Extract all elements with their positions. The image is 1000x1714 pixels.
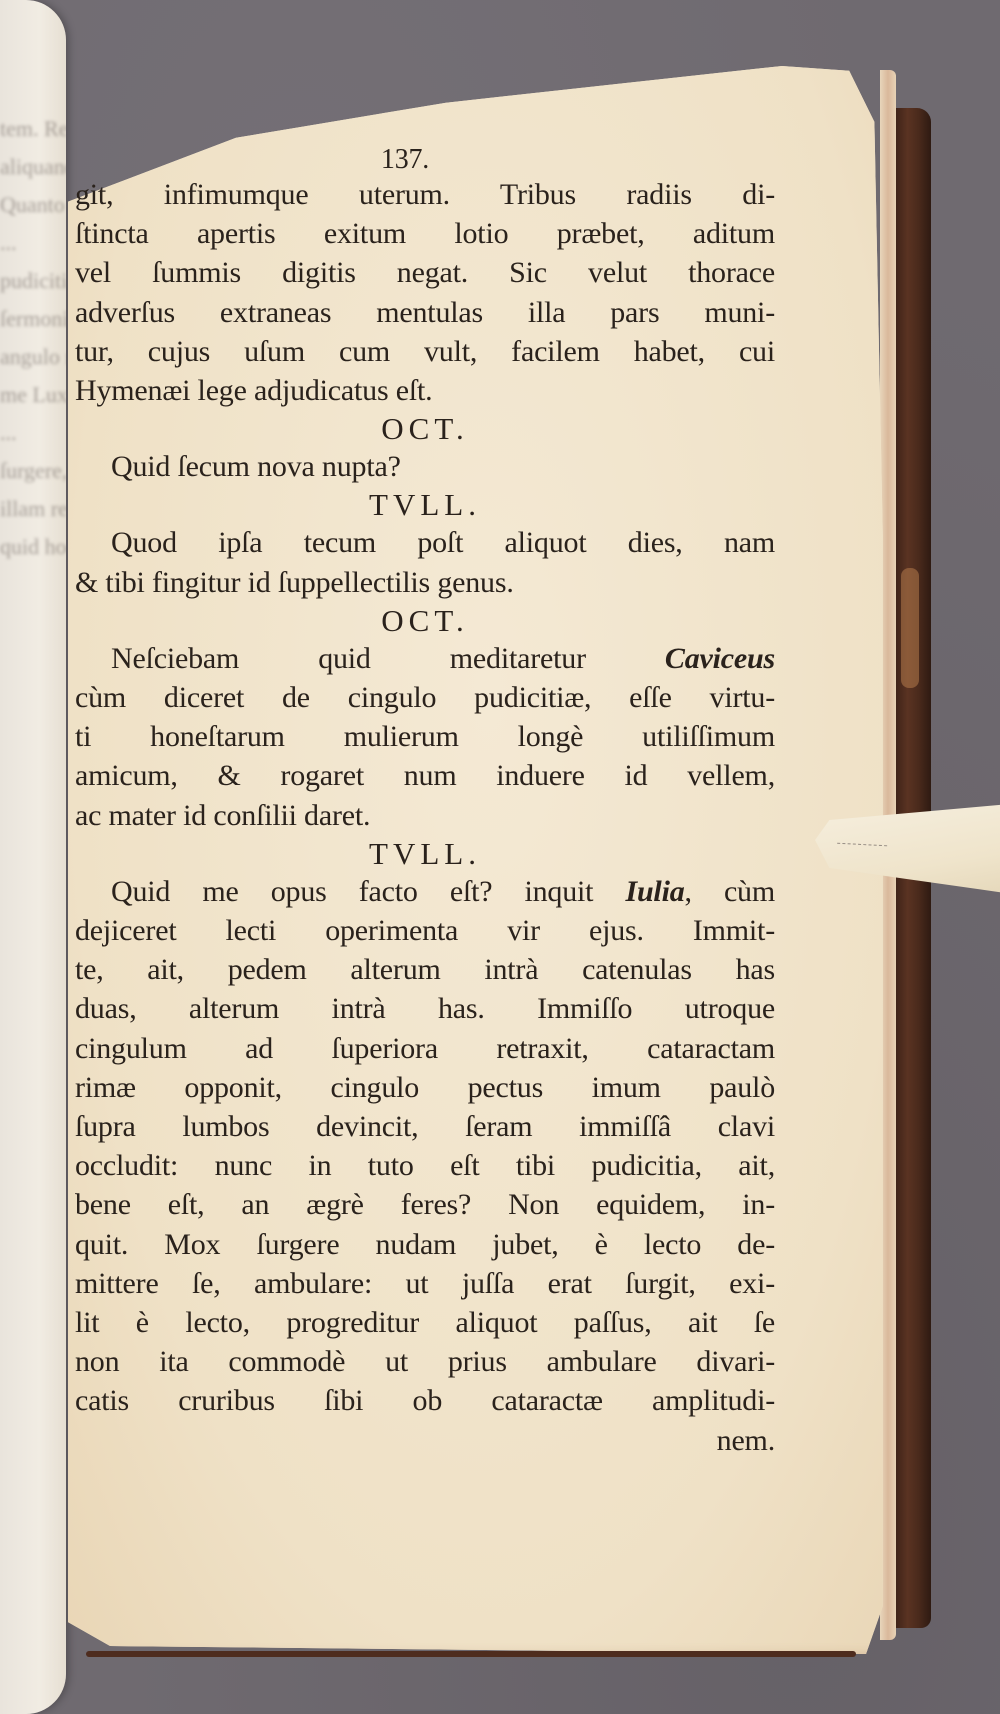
text-line: non ita commodè ut prius ambulare divari… bbox=[75, 1342, 775, 1381]
text-line: Quid ſecum nova nupta? bbox=[75, 447, 775, 486]
text-line: occludit: nunc in tuto eſt tibi pudiciti… bbox=[75, 1146, 775, 1185]
speaker-heading-oct: OCT. bbox=[75, 602, 775, 639]
catchword: nem. bbox=[75, 1421, 775, 1460]
text-line: Hymenæi lege adjudicatus eſt. bbox=[75, 371, 775, 410]
text-line: ti honeſtarum mulierum longè utiliſſimum bbox=[75, 717, 775, 756]
page-bottom-edge bbox=[86, 1651, 856, 1657]
text-line: Quod ipſa tecum poſt aliquot dies, nam bbox=[75, 523, 775, 562]
italic-name: Iulia bbox=[625, 875, 684, 908]
page-text: 137. git, infimumque uterum. Tribus radi… bbox=[75, 145, 775, 1460]
text-line: vel ſummis digitis negat. Sic velut thor… bbox=[75, 253, 775, 292]
speaker-heading-oct: OCT. bbox=[75, 410, 775, 447]
italic-name: Caviceus bbox=[665, 642, 775, 675]
speaker-heading-tull: TVLL. bbox=[75, 486, 775, 523]
text-line: dejiceret lecti operimenta vir ejus. Imm… bbox=[75, 911, 775, 950]
text-line: ſtincta apertis exitum lotio præbet, adi… bbox=[75, 214, 775, 253]
text-line: bene eſt, an ægrè feres? Non equidem, in… bbox=[75, 1185, 775, 1224]
text-line: Neſciebam quid meditaretur Caviceus bbox=[75, 639, 775, 678]
text-line: rimæ opponit, cingulo pectus imum paulò bbox=[75, 1068, 775, 1107]
text-line: lit è lecto, progreditur aliquot paſſus,… bbox=[75, 1303, 775, 1342]
text-line: quit. Mox ſurgere nudam jubet, è lecto d… bbox=[75, 1225, 775, 1264]
text-line: duas, alterum intrà has. Immiſſo utroque bbox=[75, 989, 775, 1028]
page-number: 137. bbox=[35, 145, 775, 175]
text-line: ac mater id conſilii daret. bbox=[75, 796, 775, 835]
text-line: tur, cujus uſum cum vult, facilem habet,… bbox=[75, 332, 775, 371]
speaker-heading-tull: TVLL. bbox=[75, 835, 775, 872]
text-line: ſupra lumbos devincit, ſeram immiſſâ cla… bbox=[75, 1107, 775, 1146]
pencil-mark bbox=[837, 843, 887, 853]
facing-page-text: tem. Rem aliquandiu, Quanto vitu ... pud… bbox=[0, 110, 66, 566]
facing-page-edge: tem. Rem aliquandiu, Quanto vitu ... pud… bbox=[0, 0, 66, 1714]
text-line: te, ait, pedem alterum intrà catenulas h… bbox=[75, 950, 775, 989]
text-line: catis cruribus ſibi ob cataractæ amplitu… bbox=[75, 1381, 775, 1420]
text-line: amicum, & rogaret num induere id vellem, bbox=[75, 756, 775, 795]
text-line: adverſus extraneas mentulas illa pars mu… bbox=[75, 293, 775, 332]
text-line: git, infimumque uterum. Tribus radiis di… bbox=[75, 175, 775, 214]
text-line: Quid me opus facto eſt? inquit Iulia, cù… bbox=[75, 872, 775, 911]
text-line: & tibi fingitur id ſuppellectilis genus. bbox=[75, 563, 775, 602]
text-line: cingulum ad ſuperiora retraxit, cataract… bbox=[75, 1029, 775, 1068]
text-line: mittere ſe, ambulare: ut juſſa erat ſurg… bbox=[75, 1264, 775, 1303]
text-line: cùm diceret de cingulo pudicitiæ, eſſe v… bbox=[75, 678, 775, 717]
